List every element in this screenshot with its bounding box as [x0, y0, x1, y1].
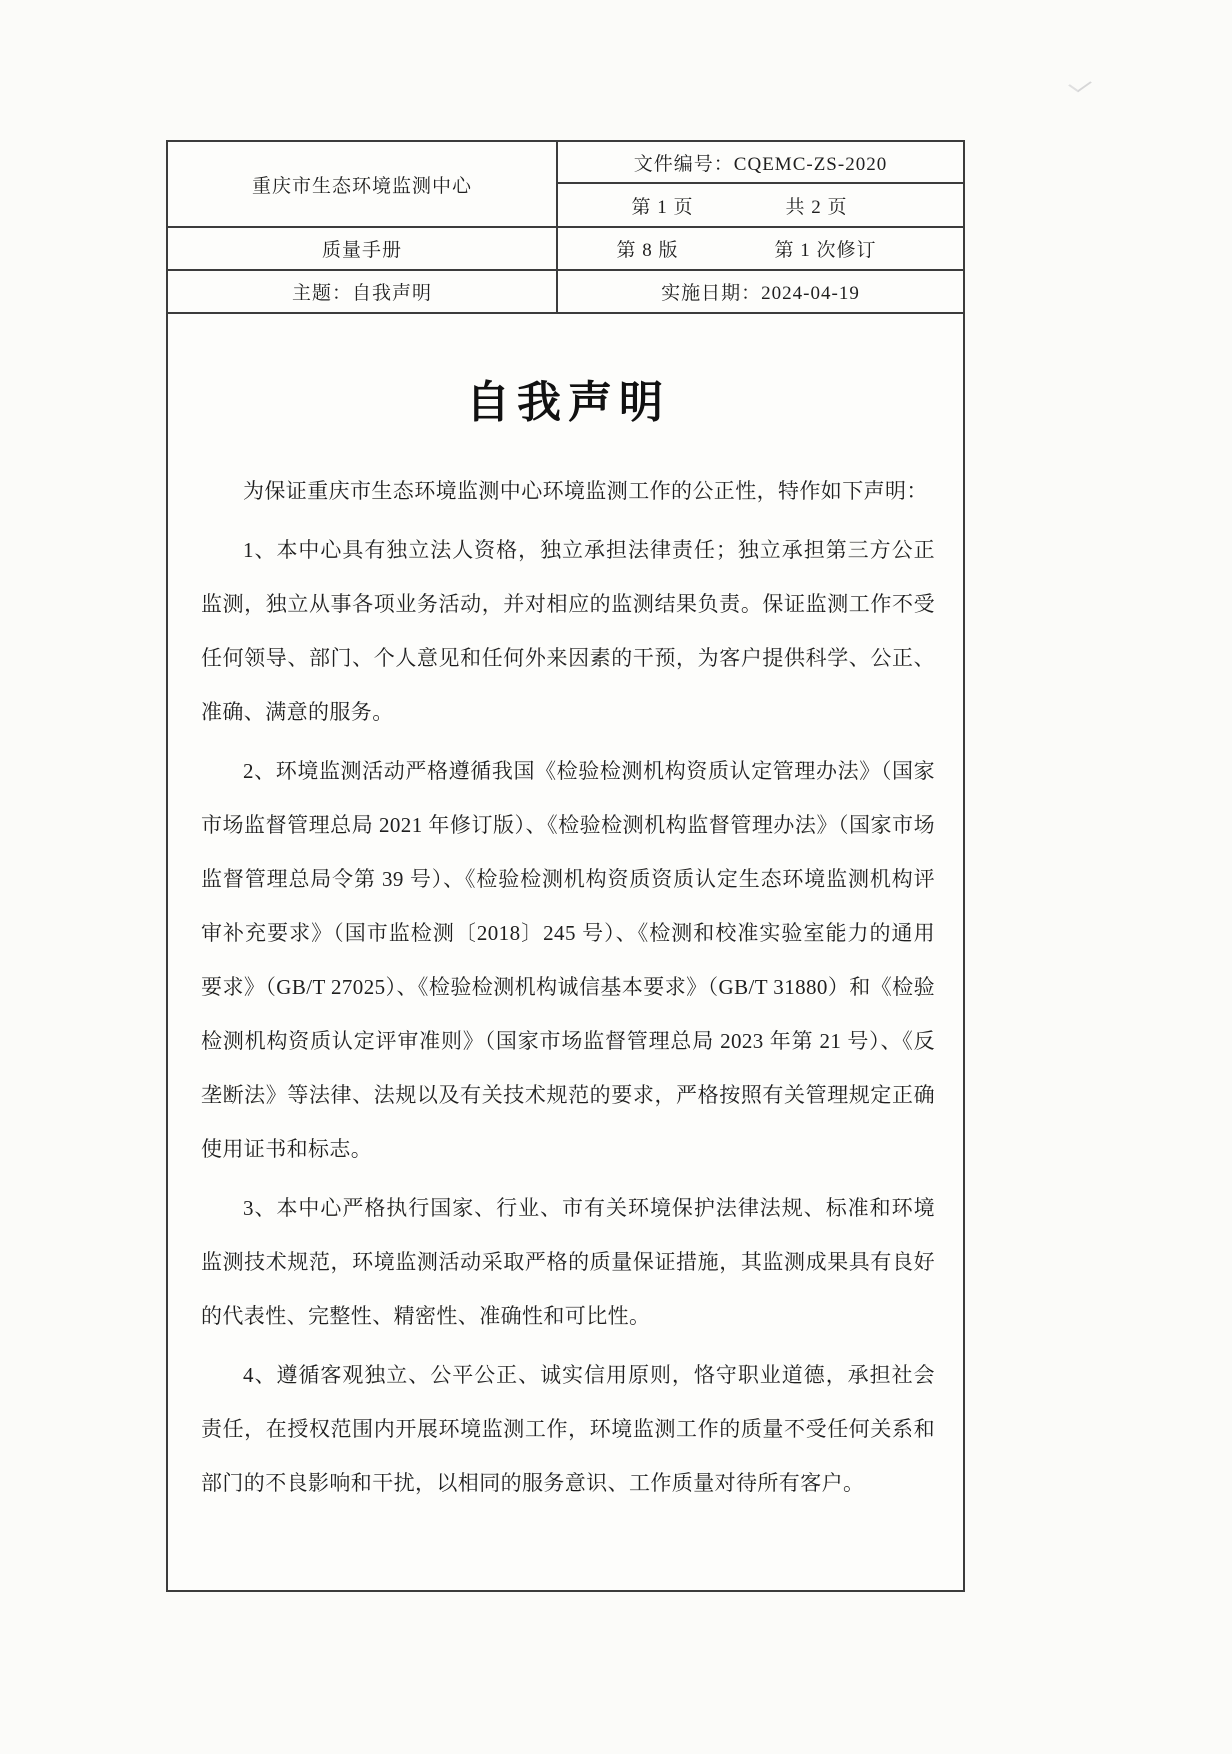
document-number: 文件编号：CQEMC-ZS-2020 [558, 142, 963, 184]
scanned-document-page: 重庆市生态环境监测中心 文件编号：CQEMC-ZS-2020 第 1 页 共 2… [0, 0, 1232, 1754]
paragraph-item-3: 3、本中心严格执行国家、行业、市有关环境保护法律法规、标准和环境监测技术规范，环… [201, 1181, 935, 1343]
version-number: 第 8 版 [616, 235, 678, 262]
document-body: 自我声明 为保证重庆市生态环境监测中心环境监测工作的公正性，特作如下声明： 1、… [168, 366, 963, 1646]
paragraph-item-4: 4、遵循客观独立、公平公正、诚实信用原则，恪守职业道德，承担社会责任，在授权范围… [201, 1348, 935, 1510]
document-frame: 重庆市生态环境监测中心 文件编号：CQEMC-ZS-2020 第 1 页 共 2… [166, 140, 965, 1592]
page-current: 第 1 页 [631, 192, 693, 219]
organization-name: 重庆市生态环境监测中心 [168, 142, 558, 228]
page-title: 自我声明 [201, 366, 935, 430]
paragraph-item-2: 2、环境监测活动严格遵循我国《检验检测机构资质认定管理办法》（国家市场监督管理总… [201, 744, 935, 1176]
manual-name: 质量手册 [168, 228, 558, 271]
revision-number: 第 1 次修订 [775, 235, 877, 262]
paragraph-intro: 为保证重庆市生态环境监测中心环境监测工作的公正性，特作如下声明： [201, 464, 935, 518]
page-total: 共 2 页 [786, 192, 848, 219]
document-header-table: 重庆市生态环境监测中心 文件编号：CQEMC-ZS-2020 第 1 页 共 2… [168, 142, 963, 314]
subject-line: 主题：自我声明 [168, 271, 558, 312]
page-info: 第 1 页 共 2 页 [558, 184, 963, 228]
implementation-date: 实施日期：2024-04-19 [558, 271, 963, 312]
version-info: 第 8 版 第 1 次修订 [558, 228, 963, 271]
paragraph-item-1: 1、本中心具有独立法人资格，独立承担法律责任；独立承担第三方公正监测，独立从事各… [201, 523, 935, 739]
scan-artifact [1068, 76, 1092, 93]
